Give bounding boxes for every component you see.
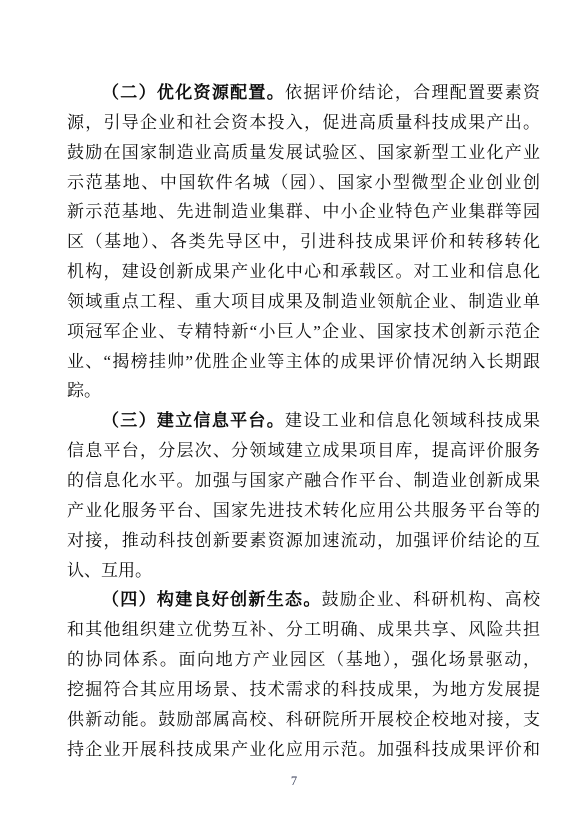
text-run: 鼓励在国家制造业高质量发展试验区、国家新型工业化产业 [67, 143, 540, 162]
text-run: 挖掘符合其应用场景、技术需求的科技成果，为地方发展提 [67, 680, 540, 699]
text-line: 鼓励在国家制造业高质量发展试验区、国家新型工业化产业 [67, 138, 540, 168]
text-run: 的信息化水平。加强与国家产融合作平台、制造业创新成果 [67, 471, 540, 490]
paragraph-2: （三）建立信息平台。建设工业和信息化领域科技成果信息平台，分层次、分领域建立成果… [67, 406, 540, 585]
text-run: 的协同体系。面向地方产业园区（基地），强化场景驱动， [67, 650, 540, 669]
text-run: 信息平台，分层次、分领域建立成果项目库，提高评价服务 [67, 441, 540, 460]
text-run: 源，引导企业和社会资本投入，促进高质量科技成果产出。 [67, 113, 540, 132]
text-run: 项冠军企业、专精特新“小巨人”企业、国家技术创新示范企 [67, 322, 540, 341]
text-line: 源，引导企业和社会资本投入，促进高质量科技成果产出。 [67, 108, 540, 138]
text-line: 领域重点工程、重大项目成果及制造业领航企业、制造业单 [67, 287, 540, 317]
text-line: 的协同体系。面向地方产业园区（基地），强化场景驱动， [67, 645, 540, 675]
text-run: 踪。 [67, 381, 101, 400]
text-run: 新示范基地、先进制造业集群、中小企业特色产业集群等园 [67, 202, 540, 221]
text-run: 认、互用。 [67, 561, 152, 580]
text-block: （二）优化资源配置。依据评价结论，合理配置要素资源，引导企业和社会资本投入，促进… [67, 78, 540, 764]
text-run: 产业化服务平台、国家先进技术转化应用公共服务平台等的 [67, 501, 540, 520]
text-run: 持企业开展科技成果产业化应用示范。加强科技成果评价和 [67, 740, 540, 759]
page-number: 7 [0, 773, 588, 789]
text-run: 鼓励企业、科研机构、高校 [322, 590, 540, 609]
text-run: 对接，推动科技创新要素资源加速流动，加强评价结论的互 [67, 531, 540, 550]
text-run: 供新动能。鼓励部属高校、科研院所开展校企校地对接，支 [67, 710, 540, 729]
document-page: （二）优化资源配置。依据评价结论，合理配置要素资源，引导企业和社会资本投入，促进… [0, 0, 588, 830]
text-run: 建设工业和信息化领域科技成果 [285, 411, 540, 430]
text-line: 和其他组织建立优势互补、分工明确、成果共享、风险共担 [67, 615, 540, 645]
paragraph-heading: （三）建立信息平台。 [102, 411, 285, 430]
text-line: 机构，建设创新成果产业化中心和承载区。对工业和信息化 [67, 257, 540, 287]
text-line: （四）构建良好创新生态。鼓励企业、科研机构、高校 [67, 585, 540, 615]
paragraph-heading: （四）构建良好创新生态。 [102, 590, 322, 609]
text-line: 踪。 [67, 376, 540, 406]
text-run: 依据评价结论，合理配置要素资 [285, 83, 540, 102]
text-run: 区（基地）、各类先导区中，引进科技成果评价和转移转化 [67, 232, 540, 251]
text-run: 业、“揭榜挂帅”优胜企业等主体的成果评价情况纳入长期跟 [67, 352, 540, 371]
text-line: 挖掘符合其应用场景、技术需求的科技成果，为地方发展提 [67, 675, 540, 705]
text-line: 业、“揭榜挂帅”优胜企业等主体的成果评价情况纳入长期跟 [67, 347, 540, 377]
text-line: 持企业开展科技成果产业化应用示范。加强科技成果评价和 [67, 735, 540, 765]
text-line: 认、互用。 [67, 556, 540, 586]
text-line: 区（基地）、各类先导区中，引进科技成果评价和转移转化 [67, 227, 540, 257]
text-line: （三）建立信息平台。建设工业和信息化领域科技成果 [67, 406, 540, 436]
text-line: （二）优化资源配置。依据评价结论，合理配置要素资 [67, 78, 540, 108]
text-run: 机构，建设创新成果产业化中心和承载区。对工业和信息化 [67, 262, 540, 281]
text-line: 信息平台，分层次、分领域建立成果项目库，提高评价服务 [67, 436, 540, 466]
text-line: 供新动能。鼓励部属高校、科研院所开展校企校地对接，支 [67, 705, 540, 735]
paragraph-1: （二）优化资源配置。依据评价结论，合理配置要素资源，引导企业和社会资本投入，促进… [67, 78, 540, 406]
text-line: 产业化服务平台、国家先进技术转化应用公共服务平台等的 [67, 496, 540, 526]
text-line: 对接，推动科技创新要素资源加速流动，加强评价结论的互 [67, 526, 540, 556]
text-run: 和其他组织建立优势互补、分工明确、成果共享、风险共担 [67, 620, 540, 639]
text-line: 项冠军企业、专精特新“小巨人”企业、国家技术创新示范企 [67, 317, 540, 347]
paragraph-3: （四）构建良好创新生态。鼓励企业、科研机构、高校和其他组织建立优势互补、分工明确… [67, 585, 540, 764]
text-line: 示范基地、中国软件名城（园）、国家小型微型企业创业创 [67, 168, 540, 198]
text-run: 领域重点工程、重大项目成果及制造业领航企业、制造业单 [67, 292, 540, 311]
text-line: 的信息化水平。加强与国家产融合作平台、制造业创新成果 [67, 466, 540, 496]
paragraph-heading: （二）优化资源配置。 [102, 83, 285, 102]
text-run: 示范基地、中国软件名城（园）、国家小型微型企业创业创 [67, 173, 540, 192]
text-line: 新示范基地、先进制造业集群、中小企业特色产业集群等园 [67, 197, 540, 227]
